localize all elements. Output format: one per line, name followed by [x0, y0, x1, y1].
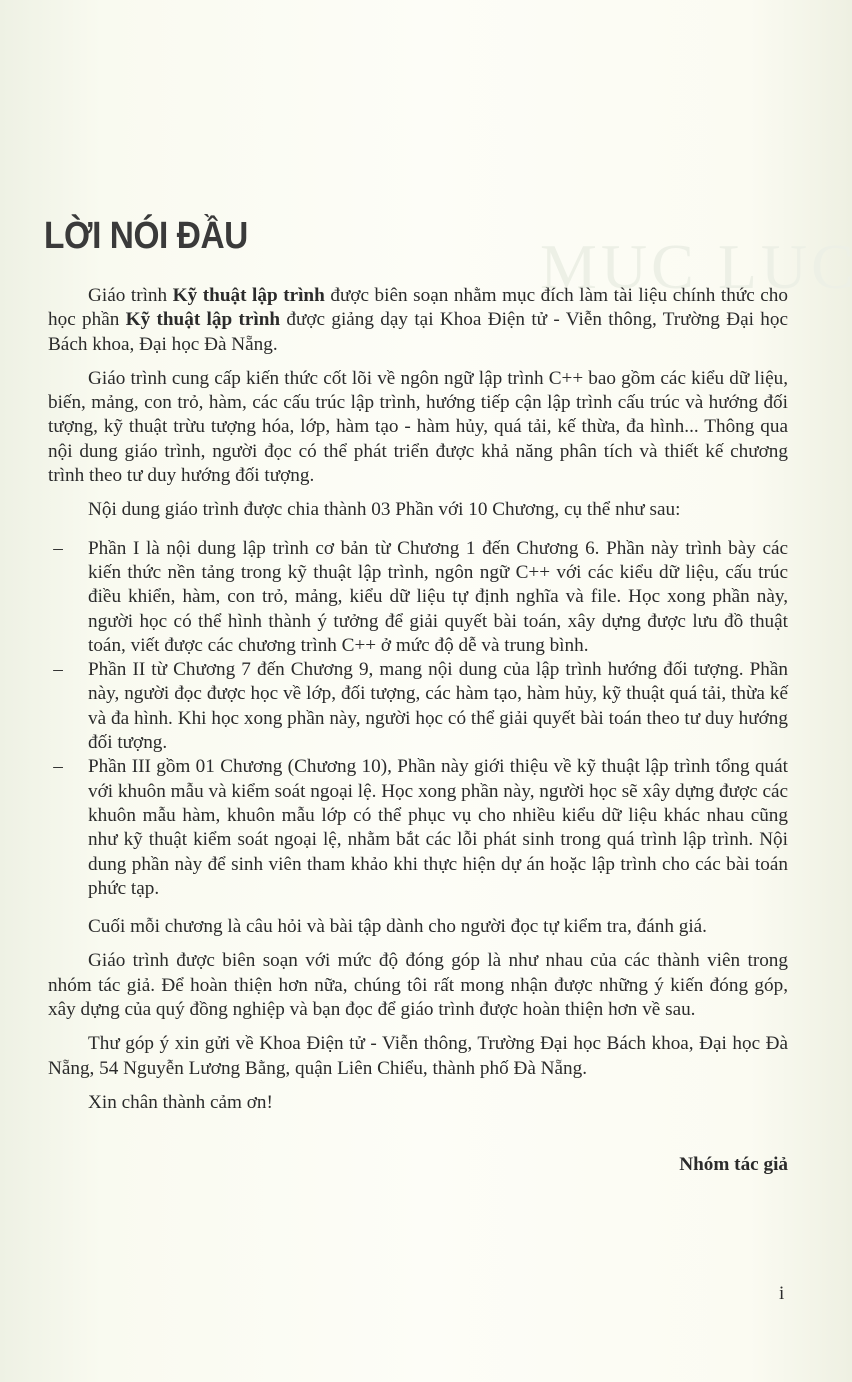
paragraph-structure: Nội dung giáo trình được chia thành 03 P…	[48, 498, 788, 522]
list-item-text: Phần I là nội dung lập trình cơ bản từ C…	[88, 538, 788, 656]
bold-course-name: Kỹ thuật lập trình	[126, 309, 280, 330]
page-body: Giáo trình Kỹ thuật lập trình được biên …	[48, 284, 788, 1125]
dash-bullet: –	[48, 755, 68, 779]
paragraph-exercises: Cuối mỗi chương là câu hỏi và bài tập dà…	[48, 915, 788, 939]
list-item-part-2: –Phần II từ Chương 7 đến Chương 9, mang …	[48, 658, 788, 755]
list-item-part-3: –Phần III gồm 01 Chương (Chương 10), Phầ…	[48, 755, 788, 901]
book-page: MỤC LỤC LỜI NÓI ĐẦU Giáo trình Kỹ thuật …	[0, 0, 852, 1382]
parts-list: –Phần I là nội dung lập trình cơ bản từ …	[48, 537, 788, 901]
author-signature: Nhóm tác giả	[679, 1154, 788, 1176]
list-item-text: Phần III gồm 01 Chương (Chương 10), Phần…	[88, 756, 788, 898]
list-item-part-1: –Phần I là nội dung lập trình cơ bản từ …	[48, 537, 788, 658]
dash-bullet: –	[48, 537, 68, 561]
bold-course-name: Kỹ thuật lập trình	[173, 285, 325, 306]
paragraph-contribution: Giáo trình được biên soạn với mức độ đón…	[48, 949, 788, 1022]
paragraph-contact: Thư góp ý xin gửi về Khoa Điện tử - Viễn…	[48, 1032, 788, 1081]
dash-bullet: –	[48, 658, 68, 682]
list-item-text: Phần II từ Chương 7 đến Chương 9, mang n…	[88, 659, 788, 753]
paragraph-content-summary: Giáo trình cung cấp kiến thức cốt lõi về…	[48, 367, 788, 488]
page-title: LỜI NÓI ĐẦU	[44, 215, 248, 258]
text-run: Giáo trình	[88, 285, 173, 306]
paragraph-intro: Giáo trình Kỹ thuật lập trình được biên …	[48, 284, 788, 357]
page-number: i	[779, 1283, 784, 1305]
paragraph-thanks: Xin chân thành cảm ơn!	[48, 1091, 788, 1115]
